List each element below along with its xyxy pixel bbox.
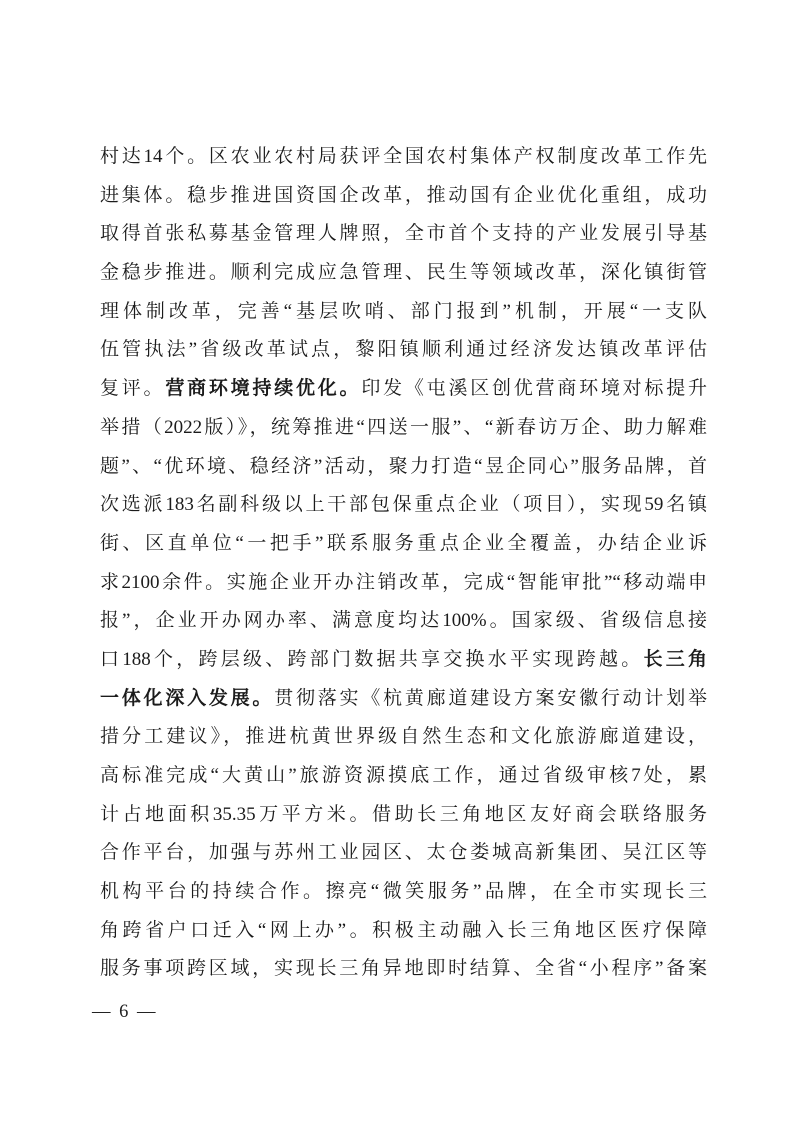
text-run: 理体制改革，完善“基层吹哨、部门报到”机制，开展“一支队: [100, 301, 707, 322]
text-line: 复评。营商环境持续优化。印发《屯溪区创优营商环境对标提升: [100, 370, 707, 409]
text-run: 贯彻落实《杭黄廊道建设方案安徽行动计划举: [274, 688, 707, 709]
text-run: 措分工建议》，推进杭黄世界级自然生态和文化旅游廊道建设，: [100, 726, 707, 747]
text-line: 街、区直单位“一把手”联系服务重点企业全覆盖，办结企业诉: [100, 525, 707, 564]
text-line: 求2100余件。实施企业开办注销改革，完成“智能审批”“移动端申: [100, 564, 707, 603]
text-line: 取得首张私募基金管理人牌照，全市首个支持的产业发展引导基: [100, 215, 707, 254]
text-line: 合作平台，加强与苏州工业园区、太仓娄城高新集团、吴江区等: [100, 834, 707, 873]
text-run: 举措（2022版）》，统筹推进“四送一服”、“新春访万企、助力解难: [100, 417, 707, 438]
bold-heading-run: 一体化深入发展。: [100, 688, 274, 709]
document-page: 村达14个。区农业农村局获评全国农村集体产权制度改革工作先进集体。稳步推进国资国…: [0, 0, 793, 1122]
text-run: 印发《屯溪区创优营商环境对标提升: [361, 378, 707, 399]
text-line: 报”，企业开办网办率、满意度均达100%。国家级、省级信息接: [100, 602, 707, 641]
text-run: 村达14个。区农业农村局获评全国农村集体产权制度改革工作先: [100, 146, 707, 167]
text-line: 角跨省户口迁入“网上办”。积极主动融入长三角地区医疗保障: [100, 912, 707, 951]
text-run: 报”，企业开办网办率、满意度均达100%。国家级、省级信息接: [100, 610, 707, 631]
body-text: 村达14个。区农业农村局获评全国农村集体产权制度改革工作先进集体。稳步推进国资国…: [100, 138, 707, 989]
text-line: 一体化深入发展。贯彻落实《杭黄廊道建设方案安徽行动计划举: [100, 680, 707, 719]
text-line: 口188个，跨层级、跨部门数据共享交换水平实现跨越。长三角: [100, 641, 707, 680]
text-run: 机构平台的持续合作。擦亮“微笑服务”品牌，在全市实现长三: [100, 881, 707, 902]
text-line: 伍管执法”省级改革试点，黎阳镇顺利通过经济发达镇改革评估: [100, 331, 707, 370]
text-run: 合作平台，加强与苏州工业园区、太仓娄城高新集团、吴江区等: [100, 842, 707, 863]
text-run: 高标准完成“大黄山”旅游资源摸底工作，通过省级审核7处，累: [100, 765, 707, 786]
text-line: 机构平台的持续合作。擦亮“微笑服务”品牌，在全市实现长三: [100, 873, 707, 912]
bold-heading-run: 长三角: [643, 649, 707, 670]
text-line: 进集体。稳步推进国资国企改革，推动国有企业优化重组，成功: [100, 177, 707, 216]
text-line: 计占地面积35.35万平方米。借助长三角地区友好商会联络服务: [100, 796, 707, 835]
text-run: 口188个，跨层级、跨部门数据共享交换水平实现跨越。: [100, 649, 643, 670]
text-run: 服务事项跨区域，实现长三角异地即时结算、全省“小程序”备案: [100, 958, 707, 979]
text-run: 计占地面积35.35万平方米。借助长三角地区友好商会联络服务: [100, 804, 707, 825]
text-line: 金稳步推进。顺利完成应急管理、民生等领域改革，深化镇街管: [100, 254, 707, 293]
text-line: 举措（2022版）》，统筹推进“四送一服”、“新春访万企、助力解难: [100, 409, 707, 448]
text-line: 服务事项跨区域，实现长三角异地即时结算、全省“小程序”备案: [100, 950, 707, 989]
text-run: 进集体。稳步推进国资国企改革，推动国有企业优化重组，成功: [100, 185, 707, 206]
bold-heading-run: 营商环境持续优化。: [165, 378, 361, 399]
text-run: 角跨省户口迁入“网上办”。积极主动融入长三角地区医疗保障: [100, 920, 707, 941]
text-run: 金稳步推进。顺利完成应急管理、民生等领域改革，深化镇街管: [100, 262, 707, 283]
text-run: 次选派183名副科级以上干部包保重点企业（项目），实现59名镇: [100, 494, 707, 515]
text-line: 措分工建议》，推进杭黄世界级自然生态和文化旅游廊道建设，: [100, 718, 707, 757]
text-run: 复评。: [100, 378, 165, 399]
page-number: — 6 —: [92, 1000, 158, 1024]
text-run: 求2100余件。实施企业开办注销改革，完成“智能审批”“移动端申: [100, 572, 707, 593]
text-run: 取得首张私募基金管理人牌照，全市首个支持的产业发展引导基: [100, 223, 707, 244]
text-run: 题”、“优环境、稳经济”活动，聚力打造“昱企同心”服务品牌，首: [100, 456, 707, 477]
text-line: 村达14个。区农业农村局获评全国农村集体产权制度改革工作先: [100, 138, 707, 177]
text-line: 题”、“优环境、稳经济”活动，聚力打造“昱企同心”服务品牌，首: [100, 448, 707, 487]
text-line: 理体制改革，完善“基层吹哨、部门报到”机制，开展“一支队: [100, 293, 707, 332]
text-run: 伍管执法”省级改革试点，黎阳镇顺利通过经济发达镇改革评估: [100, 339, 707, 360]
text-line: 次选派183名副科级以上干部包保重点企业（项目），实现59名镇: [100, 486, 707, 525]
text-line: 高标准完成“大黄山”旅游资源摸底工作，通过省级审核7处，累: [100, 757, 707, 796]
text-run: 街、区直单位“一把手”联系服务重点企业全覆盖，办结企业诉: [100, 533, 707, 554]
